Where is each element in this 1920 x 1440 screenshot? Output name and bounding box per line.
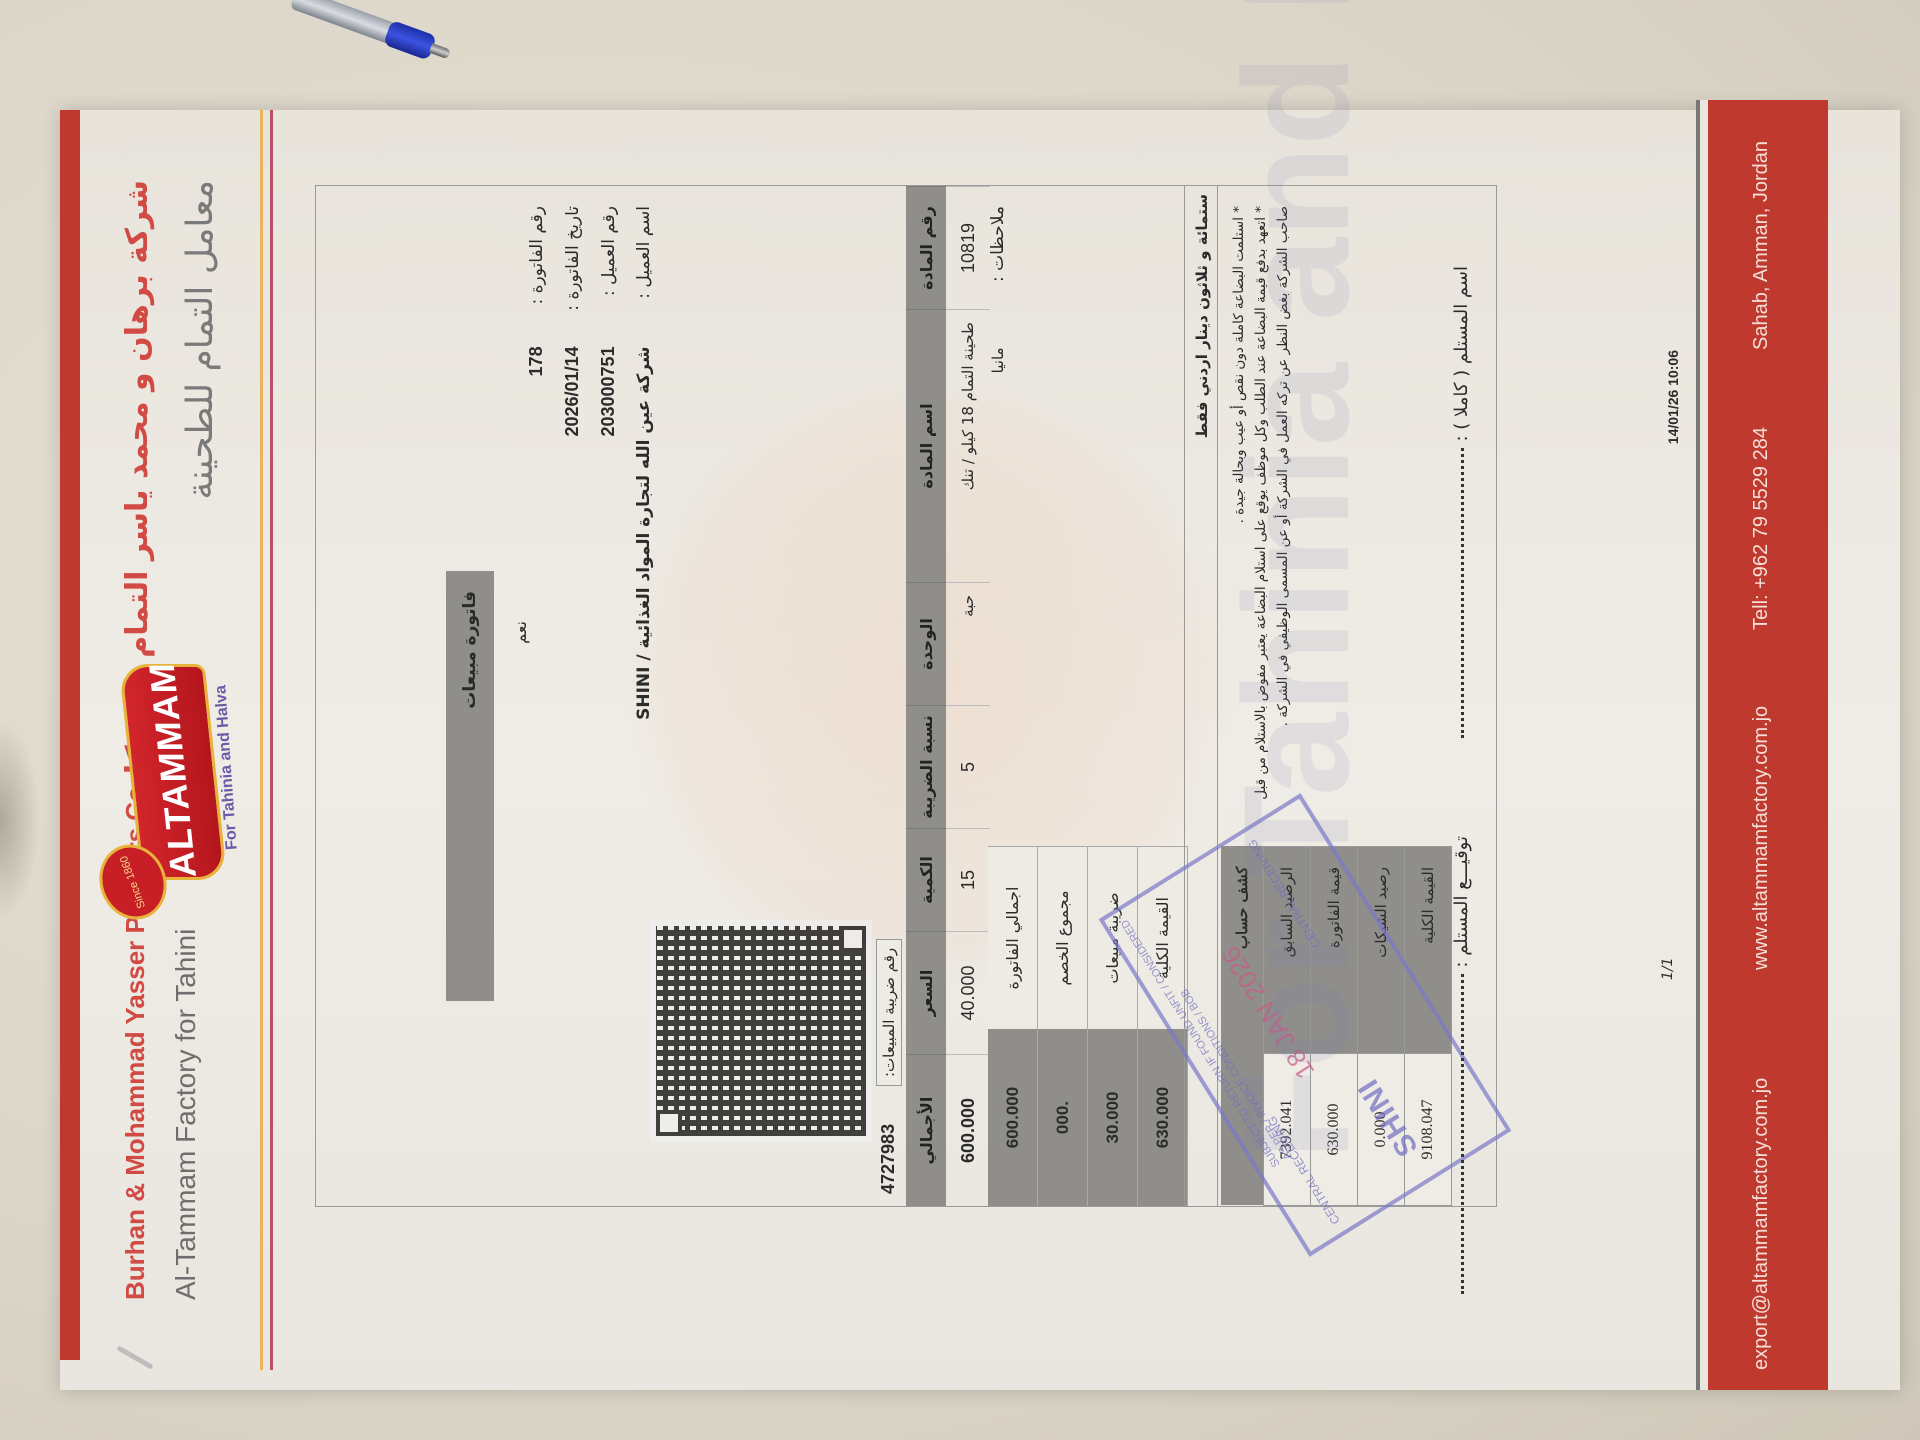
col-item-no: رقم المادة xyxy=(906,187,946,310)
totals-label: اجمالي الفاتورة xyxy=(988,847,1038,1030)
item-price: 40.000 xyxy=(946,932,990,1055)
invoice-number-label: رقم الفاتورة : xyxy=(527,206,547,341)
col-total: الأجمالي xyxy=(906,1055,946,1207)
staple xyxy=(116,1345,153,1369)
customer-number-label: رقم العميل : xyxy=(599,206,619,341)
customer-number: 203000751 xyxy=(598,346,618,436)
qr-code xyxy=(656,926,866,1136)
handwritten-mark: نعم xyxy=(511,621,530,644)
footer-email: export@altammamfactory.com.jo xyxy=(1750,1078,1773,1370)
header-red-band xyxy=(60,110,80,1360)
pen xyxy=(286,0,459,76)
invoice-document: شركة برهان و محمد ياسر التمام و شركاهم م… xyxy=(60,110,1900,1390)
items-table-header: رقم المادة اسم المادة الوحدة نسبة الضريب… xyxy=(906,187,946,1207)
totals-row: مجموع الخصم.000 xyxy=(1038,847,1088,1207)
factory-name-en: Al-Tammam Factory for Tahini xyxy=(170,929,202,1300)
item-name: طحينة التمام 18 كيلو / تنك xyxy=(946,310,990,583)
print-timestamp: 14/01/26 10:06 xyxy=(1665,350,1681,444)
header-rule xyxy=(270,110,273,1370)
invoice-type-banner: فاتورة مبيعات xyxy=(446,571,494,1001)
footer-address: Sahab, Amman, Jordan xyxy=(1750,141,1773,350)
pen-grip xyxy=(383,20,437,61)
totals-value: 30.000 xyxy=(1088,1029,1138,1206)
page-number: 1/1 xyxy=(1660,957,1676,980)
receiver-name-label: اسم المستلم ( كاملا ) : xyxy=(1451,266,1472,442)
item-no: 10819 xyxy=(946,187,990,310)
table-row: 10819 طحينة التمام 18 كيلو / تنك حبة 5 1… xyxy=(946,187,990,1207)
invoice-date-row: تاريخ الفاتورة : 2026/01/14 xyxy=(562,206,583,437)
watermark-text: For Tahinia and Halva xyxy=(1210,0,1383,1160)
items-table: رقم المادة اسم المادة الوحدة نسبة الضريب… xyxy=(906,186,990,1206)
totals-value: .000 xyxy=(1038,1029,1088,1206)
receiver-signature-label: توقيـــع المستلم : xyxy=(1451,836,1472,968)
totals-label: مجموع الخصم xyxy=(1038,847,1088,1030)
receiver-signature-line xyxy=(1461,974,1464,1294)
invoice-date: 2026/01/14 xyxy=(562,346,582,436)
factory-name-ar: معامل التمام للطحينة xyxy=(180,180,221,500)
customer-name: شركة عين الله لتجارة المواد الغذائية / S… xyxy=(634,346,654,719)
col-price: السعر xyxy=(906,932,946,1055)
receiver-signature-field: توقيـــع المستلم : xyxy=(1451,836,1472,1300)
col-qty: الكمية xyxy=(906,829,946,932)
shadow xyxy=(0,720,40,920)
item-total: 600.000 xyxy=(946,1055,990,1207)
totals-value: 630.000 xyxy=(1138,1029,1188,1206)
footer-website: www.altammamfactory.com.jo xyxy=(1750,706,1773,970)
invoice-number: 178 xyxy=(526,346,546,376)
item-qty: 15 xyxy=(946,829,990,932)
col-unit: الوحدة xyxy=(906,583,946,706)
notes: ملاحظات : مانيا xyxy=(988,206,1008,373)
item-unit: حبة xyxy=(946,583,990,706)
notes-value: مانيا xyxy=(989,347,1007,373)
customer-name-row: اسم العميل : شركة عين الله لتجارة المواد… xyxy=(634,206,654,720)
header-rule xyxy=(260,110,263,1370)
customer-name-label: اسم العميل : xyxy=(634,206,654,341)
col-item-name: اسم المادة xyxy=(906,310,946,583)
sales-tax-number-label: رقم ضريبة المبيعات: xyxy=(876,939,902,1086)
footer-phone: Tell: +962 79 5529 284 xyxy=(1750,427,1773,630)
totals-row: اجمالي الفاتورة600.000 xyxy=(988,847,1038,1207)
item-tax-rate: 5 xyxy=(946,706,990,829)
invoice-number-row: رقم الفاتورة : 178 xyxy=(526,206,547,376)
pen-tip xyxy=(429,43,451,59)
receiver-name-field: اسم المستلم ( كاملا ) : xyxy=(1451,266,1472,744)
receiver-name-line xyxy=(1461,448,1464,738)
footer-band: export@altammamfactory.com.jo www.altamm… xyxy=(1700,100,1828,1390)
altammam-logo: ALTAMMAM Since 1860 For Tahinia and Halv… xyxy=(100,660,250,920)
col-tax-rate: نسبة الضريبة xyxy=(906,706,946,829)
notes-label: ملاحظات : xyxy=(988,206,1008,282)
customer-number-row: رقم العميل : 203000751 xyxy=(598,206,619,437)
sales-tax-number: 4727983 xyxy=(878,1124,899,1194)
totals-value: 600.000 xyxy=(988,1029,1038,1206)
invoice-date-label: تاريخ الفاتورة : xyxy=(563,206,583,341)
